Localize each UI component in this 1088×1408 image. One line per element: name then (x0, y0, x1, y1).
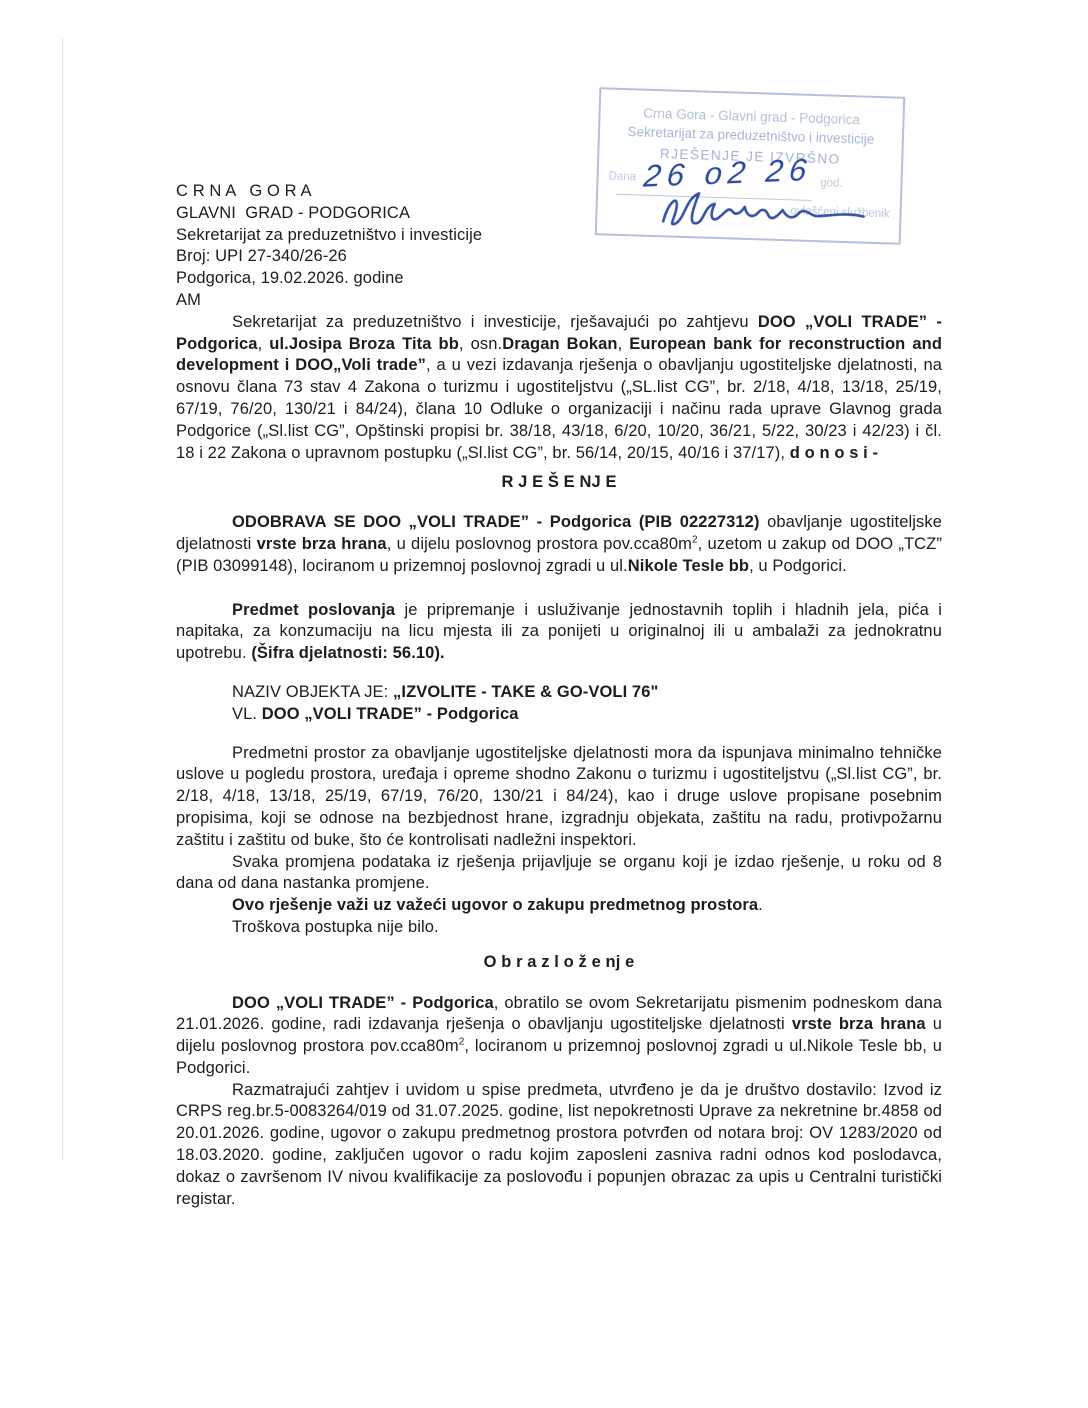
facility-name-line: NAZIV OBJEKTA JE: „IZVOLITE - TAKE & GO-… (176, 682, 942, 704)
text-run: , osn. (459, 335, 502, 353)
scanned-document-page: Crna Gora - Glavni grad - Podgorica Sekr… (0, 0, 1088, 1408)
intro-paragraph: Sekretarijat za preduzetništvo i investi… (176, 312, 942, 465)
request-paragraph: DOO „VOLI TRADE” - Podgorica, obratilo s… (176, 993, 942, 1080)
explanation-heading: O b r a z l o ž e nj e (176, 952, 942, 974)
text-run: vrste brza hrana (257, 535, 387, 553)
scan-edge-artifact (62, 38, 63, 1160)
text-run: Svaka promjena podataka iz rješenja prij… (176, 853, 942, 893)
document-content: C R N A G O R A GLAVNI GRAD - PODGORICA … (176, 181, 942, 1210)
text-run: Sekretarijat za preduzetništvo i investi… (232, 313, 758, 331)
header-initials: AM (176, 290, 942, 312)
header-city: GLAVNI GRAD - PODGORICA (176, 203, 942, 225)
text-run: VL. (232, 705, 262, 723)
decision-heading: R J E Š E NJ E (176, 472, 942, 494)
document-body: Sekretarijat za preduzetništvo i investi… (176, 312, 942, 1211)
text-run: DOO „VOLI TRADE” - Podgorica (262, 705, 519, 723)
text-run: Predmetni prostor za obavljanje ugostite… (176, 744, 942, 849)
text-run: NAZIV OBJEKTA JE: (232, 683, 393, 701)
text-run: Nikole Tesle bb (628, 557, 749, 575)
header-case-number: Broj: UPI 27-340/26-26 (176, 246, 942, 268)
change-notice-paragraph: Svaka promjena podataka iz rješenja prij… (176, 852, 942, 896)
text-run: , u dijelu poslovnog prostora pov.cca80m (387, 535, 692, 553)
business-subject-paragraph: Predmet poslovanja je pripremanje i uslu… (176, 600, 942, 665)
owner-line: VL. DOO „VOLI TRADE” - Podgorica (176, 704, 942, 726)
evidence-paragraph: Razmatrajući zahtjev i uvidom u spise pr… (176, 1080, 942, 1211)
text-run: Dragan Bokan (502, 335, 617, 353)
text-run: , u Podgorici. (749, 557, 847, 575)
text-run: Troškova postupka nije bilo. (232, 918, 439, 936)
technical-conditions-paragraph: Predmetni prostor za obavljanje ugostite… (176, 743, 942, 852)
text-run: DOO „VOLI TRADE” - Podgorica (232, 994, 494, 1012)
document-header: C R N A G O R A GLAVNI GRAD - PODGORICA … (176, 181, 942, 312)
approval-paragraph: ODOBRAVA SE DOO „VOLI TRADE” - Podgorica… (176, 512, 942, 577)
text-run: ul.Josipa Broza Tita bb (269, 335, 459, 353)
text-run: (Šifra djelatnosti: 56.10). (251, 644, 444, 662)
text-run: d o n o s i - (790, 444, 878, 462)
lease-validity-line: Ovo rješenje važi uz važeći ugovor o zak… (176, 895, 942, 917)
text-run: , (258, 335, 270, 353)
text-run: . (758, 896, 763, 914)
text-run: , (618, 335, 630, 353)
text-run: vrste brza hrana (792, 1015, 926, 1033)
costs-line: Troškova postupka nije bilo. (176, 917, 942, 939)
header-country: C R N A G O R A (176, 181, 942, 203)
text-run: Predmet poslovanja (232, 601, 395, 619)
header-secretariat: Sekretarijat za preduzetništvo i investi… (176, 225, 942, 247)
header-place-date: Podgorica, 19.02.2026. godine (176, 268, 942, 290)
text-run: Razmatrajući zahtjev i uvidom u spise pr… (176, 1081, 942, 1208)
text-run: Ovo rješenje važi uz važeći ugovor o zak… (232, 896, 758, 914)
text-run: ODOBRAVA SE DOO „VOLI TRADE” - Podgorica… (232, 513, 760, 531)
text-run: „IZVOLITE - TAKE & GO-VOLI 76" (393, 683, 658, 701)
